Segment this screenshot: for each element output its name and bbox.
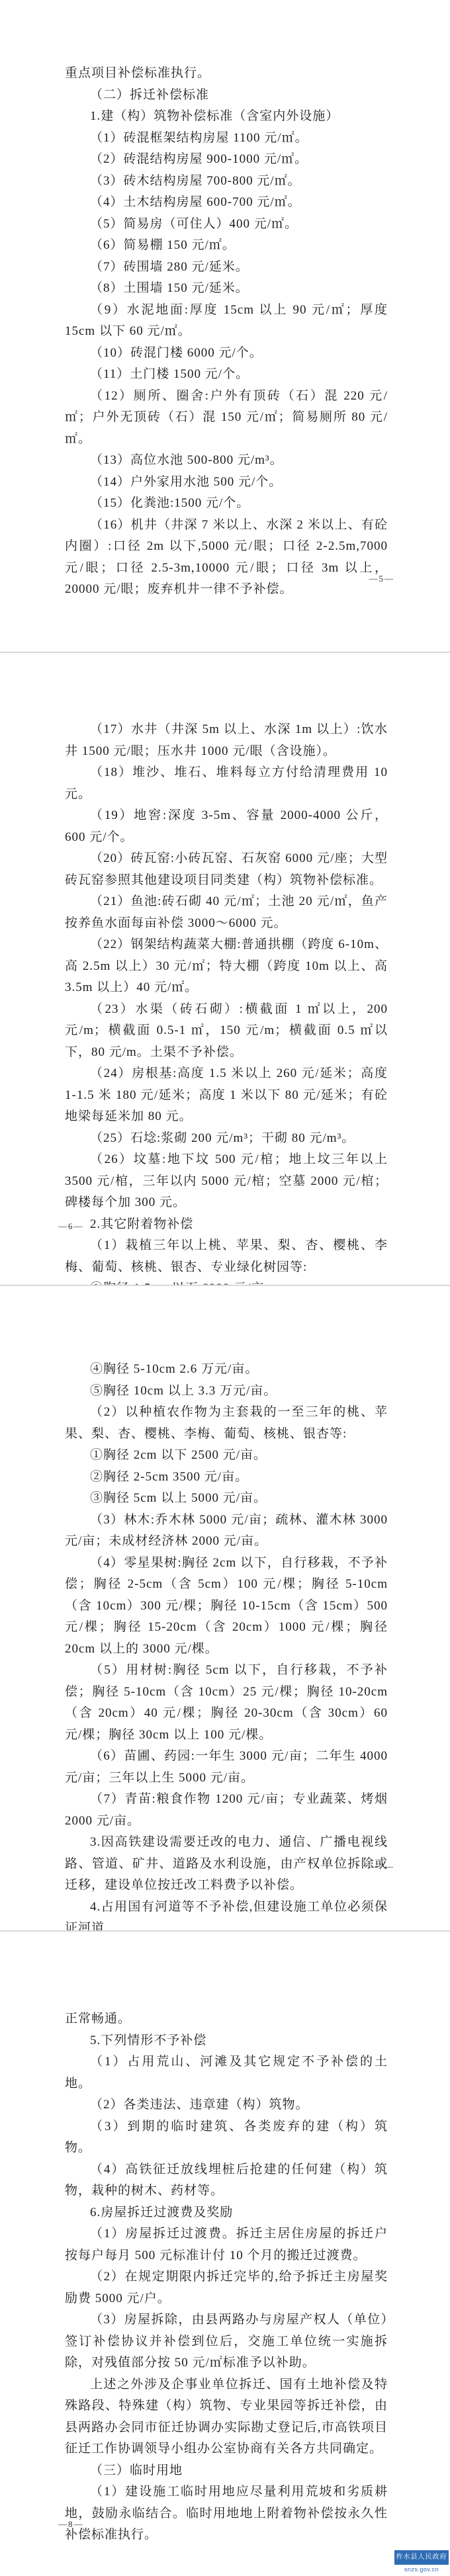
paragraph: 4.占用国有河道等不予补偿,但建设施工单位必须保证河道: [65, 1897, 388, 1931]
paragraph: （20）砖瓦窑:小砖瓦窑、石灰窑 6000 元/座；大型砖瓦窑参照其他建设项目同…: [65, 848, 388, 891]
gov-watermark-badge: 柞水县人民政府: [394, 2550, 449, 2565]
paragraph: 上述之外涉及企事业单位拆迁、国有土地补偿及特殊路段、特殊建（构）筑物、专业果园等…: [65, 2374, 388, 2460]
paragraph: （4）高铁征迁放线埋桩后抢建的任何建（构）筑物，栽种的树木、药材等。: [65, 2159, 388, 2202]
paragraph: （10）砖混门楼 6000 元/个。: [65, 343, 388, 365]
gov-watermark-url: snzs.gov.cn: [394, 2565, 449, 2573]
paragraph: （21）鱼池:砖石砌 40 元/㎡；土池 20 元/㎡，鱼产按养鱼水面每亩补偿 …: [65, 891, 388, 934]
paragraph: ②胸径 2-5cm 3500 元/亩。: [65, 1467, 388, 1488]
paragraph: （7）砖围墙 280 元/延米。: [65, 257, 388, 279]
paragraph: （24）房根基:高度 1.5 米以上 260 元/延米；高度 1-1.5 米 1…: [65, 1063, 388, 1128]
paragraph: （6）苗圃、药园:一年生 3000 元/亩；二年生 4000 元/亩；三年以上生…: [65, 1746, 388, 1789]
paragraph: （1）建设施工临时用地应尽量利用荒坡和劣质耕地，鼓励永临结合。临时用地地上附着物…: [65, 2481, 388, 2546]
paragraph: ⑤胸径 10cm 以上 3.3 万元/亩。: [65, 1381, 388, 1402]
page-number: —6—: [58, 1221, 84, 1232]
paragraph: 1.建（构）筑物补偿标准（含室内外设施）: [65, 106, 388, 128]
paragraph: （1）占用荒山、河滩及其它规定不予补偿的土地。: [65, 2051, 388, 2094]
paragraph: （15）化粪池:1500 元/个。: [65, 493, 388, 515]
paragraph: （2）各类违法、违章建（构）筑物。: [65, 2094, 388, 2116]
paragraph: （4）土木结构房屋 600-700 元/㎡。: [65, 192, 388, 214]
paragraph: （5）用材树:胸径 5cm 以下，自行移栽，不予补偿；胸径 5-10cm（含 1…: [65, 1660, 388, 1746]
paragraph: （16）机井（井深 7 米以上、水深 2 米以上、有砼内圈）:口径 2m 以下,…: [65, 515, 388, 601]
paragraph: （7）青苗:粮食作物 1200 元/亩；专业蔬菜、烤烟 2000 元/亩。: [65, 1789, 388, 1832]
paragraph: 3.因高铁建设需要迁改的电力、通信、广播电视线路、管道、矿井、道路及水利设施，由…: [65, 1832, 388, 1897]
paragraph: （三）临时用地: [65, 2460, 388, 2482]
paragraph: （8）土围墙 150 元/延米。: [65, 278, 388, 300]
paragraph: （2）在规定期限内拆迁完毕的,给予拆迁主房屋奖励费 5000 元/户。: [65, 2266, 388, 2309]
paragraph: （6）简易棚 150 元/㎡。: [65, 235, 388, 257]
paragraph: （9）水泥地面:厚度 15cm 以上 90 元/㎡；厚度 15cm 以下 60 …: [65, 300, 388, 343]
paragraph: ③胸径 5cm 以上 5000 元/亩。: [65, 1488, 388, 1510]
paragraph: （17）水井（井深 5m 以上、水深 1m 以上）:饮水井 1500 元/眼；压…: [65, 719, 388, 762]
paragraph: （二）拆迁补偿标准: [65, 85, 388, 107]
gov-watermark[interactable]: 柞水县人民政府 snzs.gov.cn: [394, 2550, 449, 2573]
paragraph: （12）厕所、圈舍:户外有顶砖（石）混 220 元/㎡；户外无顶砖（石）混 15…: [65, 386, 388, 451]
paragraph: （1）砖混框架结构房屋 1100 元/㎡。: [65, 128, 388, 150]
page-8: 正常畅通。5.下列情形不予补偿（1）占用荒山、河滩及其它规定不予补偿的土地。（2…: [0, 1930, 450, 2576]
page-number: —7—: [369, 1862, 395, 1872]
page-number: —8—: [58, 2519, 84, 2530]
paragraph: （13）高位水池 500-800 元/m³。: [65, 450, 388, 472]
paragraph: （2）砖混结构房屋 900-1000 元/㎡。: [65, 149, 388, 171]
paragraph: （3）到期的临时建筑、各类废弃的建（构）筑物。: [65, 2116, 388, 2159]
paragraph: 2.其它附着物补偿: [65, 1214, 388, 1236]
paragraph: ④胸径 5-10cm 2.6 万元/亩。: [65, 1359, 388, 1381]
paragraph: （3）房屋拆除，由县两路办与房屋产权人（单位）签订补偿协议并补偿到位后，交施工单…: [65, 2309, 388, 2374]
page-number: —5—: [369, 574, 395, 584]
paragraph: （23）水渠（砖石砌）:横截面 1 ㎡以上，200 元/m；横截面 0.5-1 …: [65, 999, 388, 1064]
paragraph: （5）简易房（可住人）400 元/㎡。: [65, 214, 388, 236]
paragraph: （1）栽植三年以上桃、苹果、梨、杏、樱桃、李梅、葡萄、核桃、银杏、专业绿化树园等…: [65, 1235, 388, 1278]
paragraph: （19）地窖:深度 3-5m、容量 2000-4000 公斤，600 元/个。: [65, 805, 388, 848]
paragraph: （25）石埝:浆砌 200 元/m³；干砌 80 元/m³。: [65, 1128, 388, 1150]
paragraph: （3）林木:乔木林 5000 元/亩；疏林、灌木林 3000 元/亩；未成材经济…: [65, 1510, 388, 1553]
page-5: 重点项目补偿标准执行。（二）拆迁补偿标准1.建（构）筑物补偿标准（含室内外设施）…: [0, 0, 450, 652]
paragraph: （14）户外家用水池 500 元/个。: [65, 472, 388, 494]
paragraph: 重点项目补偿标准执行。: [65, 63, 388, 85]
paragraph: ①胸径 2cm 以下 2500 元/亩。: [65, 1445, 388, 1467]
paragraph: （26）坟墓:地下坟 500 元/棺；地上坟三年以上 3500 元/棺，三年以内…: [65, 1149, 388, 1214]
paragraph: 6.房屋拆迁过渡费及奖励: [65, 2202, 388, 2224]
document: 重点项目补偿标准执行。（二）拆迁补偿标准1.建（构）筑物补偿标准（含室内外设施）…: [0, 0, 450, 2576]
paragraph: ①胸径 1.5cm 以下 6000 元/亩。: [65, 1278, 388, 1285]
paragraph: （3）砖木结构房屋 700-800 元/㎡。: [65, 171, 388, 193]
paragraph: （22）钢架结构蔬菜大棚:普通拱棚（跨度 6-10m、高 2.5m 以上）30 …: [65, 934, 388, 999]
paragraph: （2）以种植农作物为主套栽的一至三年的桃、苹果、梨、杏、樱桃、李梅、葡萄、核桃、…: [65, 1402, 388, 1445]
paragraph: 正常畅通。: [65, 2008, 388, 2030]
paragraph: （18）堆沙、堆石、堆料每立方付给清理费用 10 元。: [65, 762, 388, 805]
page-6: （17）水井（井深 5m 以上、水深 1m 以上）:饮水井 1500 元/眼；压…: [0, 652, 450, 1285]
paragraph: （1）房屋拆迁过渡费。拆迁主居住房屋的拆迁户按每户每月 500 元标准计付 10…: [65, 2223, 388, 2266]
page-7: ④胸径 5-10cm 2.6 万元/亩。⑤胸径 10cm 以上 3.3 万元/亩…: [0, 1285, 450, 1930]
paragraph: 5.下列情形不予补偿: [65, 2030, 388, 2052]
paragraph: （11）土门楼 1500 元/个。: [65, 364, 388, 386]
paragraph: （4）零星果树:胸径 2cm 以下，自行移栽，不予补偿；胸径 2-5cm（含 5…: [65, 1553, 388, 1660]
